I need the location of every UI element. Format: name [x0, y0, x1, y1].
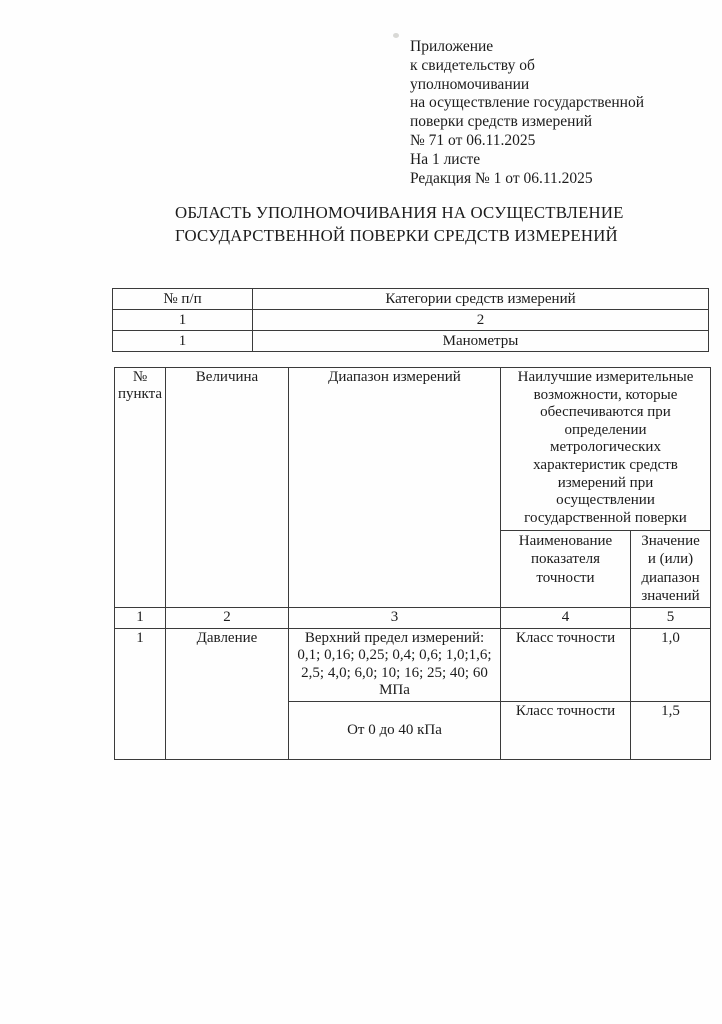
categories-header-row: № п/п Категории средств измерений	[113, 289, 709, 310]
item-no-cell: 1	[115, 628, 166, 759]
scan-artifact	[393, 33, 399, 38]
range-cell: Верхний предел измерений: 0,1; 0,16; 0,2…	[289, 628, 501, 701]
column-number-cell: 3	[289, 607, 501, 628]
value-cell: 1,5	[631, 701, 711, 759]
range-cell: От 0 до 40 кПа	[289, 701, 501, 759]
value-cell: 1,0	[631, 628, 711, 701]
document-page: Приложение к свидетельству об уполномочи…	[0, 0, 722, 1024]
column-number-cell: 1	[113, 310, 253, 331]
scope-data-row: 1 Давление Верхний предел измерений: 0,1…	[115, 628, 711, 701]
document-title: ОБЛАСТЬ УПОЛНОМОЧИВАНИЯ НА ОСУЩЕСТВЛЕНИЕ…	[175, 202, 645, 247]
column-number-cell: 2	[166, 607, 289, 628]
indicator-cell: Класс точности	[501, 628, 631, 701]
category-name-cell: Манометры	[253, 331, 709, 352]
categories-header-number: № п/п	[113, 289, 253, 310]
header-range: Диапазон измерений	[289, 368, 501, 608]
categories-header-name: Категории средств измерений	[253, 289, 709, 310]
categories-numbering-row: 1 2	[113, 310, 709, 331]
appendix-reference-block: Приложение к свидетельству об уполномочи…	[410, 38, 710, 188]
column-number-cell: 5	[631, 607, 711, 628]
scope-numbering-row: 1 2 3 4 5	[115, 607, 711, 628]
categories-table: № п/п Категории средств измерений 1 2 1 …	[112, 288, 709, 352]
header-best-capabilities: Наилучшие измерительные возможности, кот…	[501, 368, 711, 531]
scope-header-row: № пункта Величина Диапазон измерений Наи…	[115, 368, 711, 531]
scope-of-authorization-table: № пункта Величина Диапазон измерений Наи…	[114, 367, 711, 760]
header-quantity: Величина	[166, 368, 289, 608]
category-index-cell: 1	[113, 331, 253, 352]
header-indicator-name: Наименование показателя точности	[501, 531, 631, 608]
column-number-cell: 4	[501, 607, 631, 628]
column-number-cell: 1	[115, 607, 166, 628]
quantity-cell: Давление	[166, 628, 289, 759]
header-item-no: № пункта	[115, 368, 166, 608]
indicator-cell: Класс точности	[501, 701, 631, 759]
header-value-range: Значение и (или) диапазон значений	[631, 531, 711, 608]
categories-data-row: 1 Манометры	[113, 331, 709, 352]
column-number-cell: 2	[253, 310, 709, 331]
